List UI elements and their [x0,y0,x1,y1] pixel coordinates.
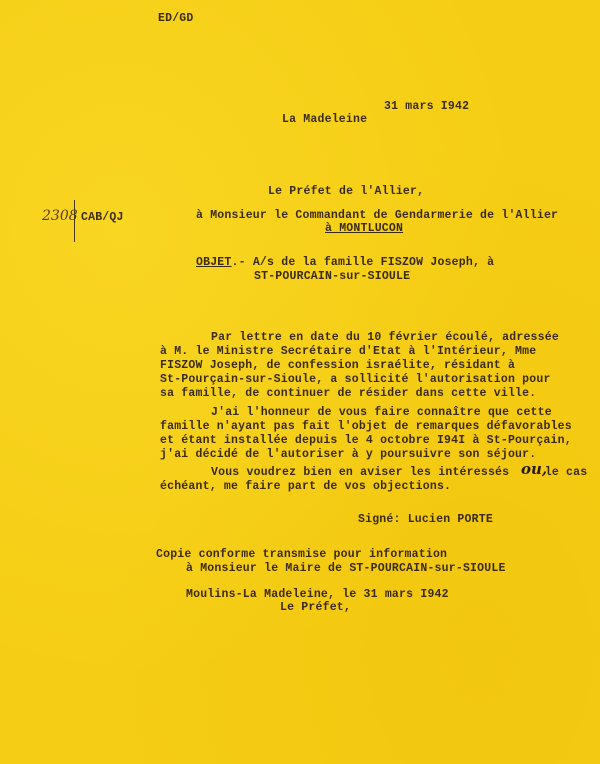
copy-line1: Copie conforme transmise pour informatio… [156,548,447,562]
place-line: La Madeleine [282,113,367,127]
paragraph-line: Par lettre en date du 10 février écoulé,… [211,331,559,345]
recipient-line1: à Monsieur le Commandant de Gendarmerie … [196,209,558,223]
recipient-line2: à MONTLUCON [325,222,403,236]
document-page: ED/GD 31 mars I942 La Madeleine 2308 CAB… [0,0,600,764]
reference-top: ED/GD [158,12,194,26]
paragraph-line: et étant installée depuis le 4 octobre I… [160,434,572,448]
paragraph-line: J'ai l'honneur de vous faire connaître q… [211,406,552,420]
signature: Signé: Lucien PORTE [358,513,493,527]
closing-title: Le Préfet, [280,601,351,615]
closing-place-date: Moulins-La Madeleine, le 31 mars I942 [186,588,449,602]
paragraph-line: sa famille, de continuer de résider dans… [160,387,536,401]
object-rest: .- A/s de la famille FISZOW Joseph, à [232,256,495,269]
object-line1: OBJET.- A/s de la famille FISZOW Joseph,… [196,256,494,270]
reference-left: CAB/QJ [81,211,124,225]
paragraph-line: à M. le Ministre Secrétaire d'Etat à l'I… [160,345,536,359]
sender: Le Préfet de l'Allier, [268,185,424,199]
handwritten-number: 2308 [42,208,78,224]
object-line2: ST-POURCAIN-sur-SIOULE [254,270,410,284]
paragraph-line: FISZOW Joseph, de confession israélite, … [160,359,515,373]
paragraph-line: St-Pourçain-sur-Sioule, a sollicité l'au… [160,373,551,387]
paragraph-line: échéant, me faire part de vos objections… [160,480,451,494]
copy-line2: à Monsieur le Maire de ST-POURCAIN-sur-S… [186,562,506,576]
date-line: 31 mars I942 [384,100,469,114]
margin-divider [74,200,75,242]
object-label: OBJET [196,256,232,269]
paragraph-line: famille n'ayant pas fait l'objet de rema… [160,420,572,434]
handwritten-correction: ou, [521,460,547,478]
paragraph-line: j'ai décidé de l'autoriser à y poursuivr… [160,448,536,462]
